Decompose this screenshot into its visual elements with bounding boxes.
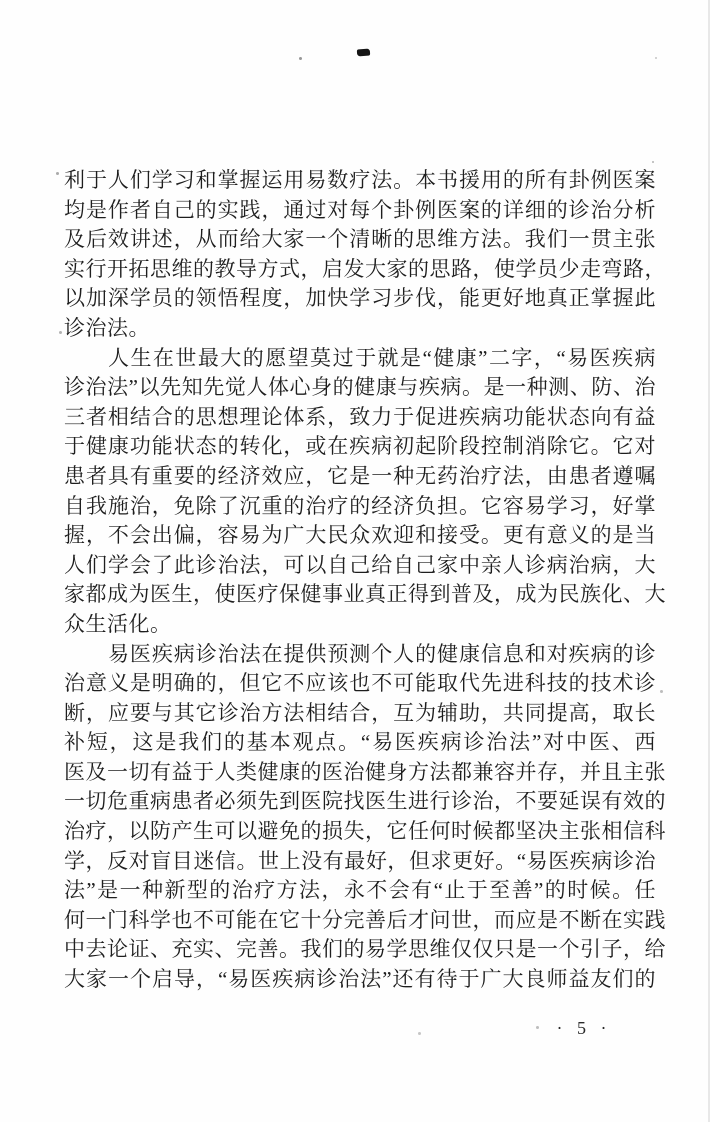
text-line: 均是作者自己的实践，通过对每个卦例医案的详细的诊治分析 bbox=[64, 196, 656, 226]
scan-speck bbox=[59, 331, 62, 334]
text-line: 医及一切有益于人类健康的医治健身方法都兼容并存，并且主张 bbox=[64, 758, 656, 788]
text-line: 人生在世最大的愿望莫过于就是“健康”二字，“易医疾病 bbox=[64, 344, 656, 374]
text-line: 补短，这是我们的基本观点。“易医疾病诊治法”对中医、西 bbox=[64, 728, 656, 758]
scan-speck bbox=[660, 690, 663, 693]
scan-speck bbox=[56, 172, 59, 175]
text-line: 家都成为医生，使医疗保健事业真正得到普及，成为民族化、大 bbox=[64, 580, 656, 610]
text-line: 治意义是明确的，但它不应该也不可能取代先进科技的技术诊 bbox=[64, 669, 656, 699]
text-line: 实行开拓思维的教导方式，启发大家的思路，使学员少走弯路， bbox=[64, 255, 656, 285]
text-line: 中去论证、充实、完善。我们的易学思维仅仅只是一个引子，给 bbox=[64, 935, 656, 965]
scan-speck bbox=[418, 1032, 421, 1035]
text-line: 何一门科学也不可能在它十分完善后才问世，而应是不断在实践 bbox=[64, 906, 656, 936]
text-line: 于健康功能状态的转化，或在疾病初起阶段控制消除它。它对 bbox=[64, 432, 656, 462]
text-line: 诊治法”以先知先觉人体心身的健康与疾病。是一种测、防、治 bbox=[64, 373, 656, 403]
text-line: 法”是一种新型的治疗方法，永不会有“止于至善”的时候。任 bbox=[64, 876, 656, 906]
text-line: 易医疾病诊治法在提供预测个人的健康信息和对疾病的诊 bbox=[64, 640, 656, 670]
text-line: 众生活化。 bbox=[64, 610, 656, 640]
ink-blot-mark bbox=[357, 49, 370, 57]
scan-speck bbox=[536, 1026, 539, 1029]
scan-speck bbox=[652, 161, 654, 163]
book-page: 利于人们学习和掌握运用易数疗法。本书援用的所有卦例医案 均是作者自己的实践，通过… bbox=[0, 0, 710, 1122]
text-line: 握，不会出偏，容易为广大民众欢迎和接受。更有意义的是当 bbox=[64, 521, 656, 551]
scan-speck bbox=[299, 57, 302, 60]
page-number: · 5 · bbox=[548, 1018, 620, 1039]
text-line: 诊治法。 bbox=[64, 314, 656, 344]
scan-speck bbox=[655, 57, 657, 59]
text-line: 断，应要与其它诊治方法相结合，互为辅助，共同提高，取长 bbox=[64, 699, 656, 729]
text-line: 三者相结合的思想理论体系，致力于促进疾病功能状态向有益 bbox=[64, 403, 656, 433]
text-line: 人们学会了此诊治法，可以自己给自己家中亲人诊病治病，大 bbox=[64, 551, 656, 581]
text-line: 患者具有重要的经济效应，它是一种无药治疗法，由患者遵嘱 bbox=[64, 462, 656, 492]
text-line: 利于人们学习和掌握运用易数疗法。本书援用的所有卦例医案 bbox=[64, 166, 656, 196]
text-line: 大家一个启导，“易医疾病诊治法”还有待于广大良师益友们的 bbox=[64, 965, 656, 995]
text-line: 及后效讲述，从而给大家一个清晰的思维方法。我们一贯主张 bbox=[64, 225, 656, 255]
text-line: 以加深学员的领悟程度，加快学习步伐，能更好地真正掌握此 bbox=[64, 284, 656, 314]
text-line: 一切危重病患者必须先到医院找医生进行诊治，不要延误有效的 bbox=[64, 787, 656, 817]
text-line: 自我施治，免除了沉重的治疗的经济负担。它容易学习，好掌 bbox=[64, 492, 656, 522]
text-line: 学，反对盲目迷信。世上没有最好，但求更好。“易医疾病诊治 bbox=[64, 847, 656, 877]
body-text: 利于人们学习和掌握运用易数疗法。本书援用的所有卦例医案 均是作者自己的实践，通过… bbox=[64, 166, 656, 995]
text-line: 治疗，以防产生可以避免的损失，它任何时候都坚决主张相信科 bbox=[64, 817, 656, 847]
